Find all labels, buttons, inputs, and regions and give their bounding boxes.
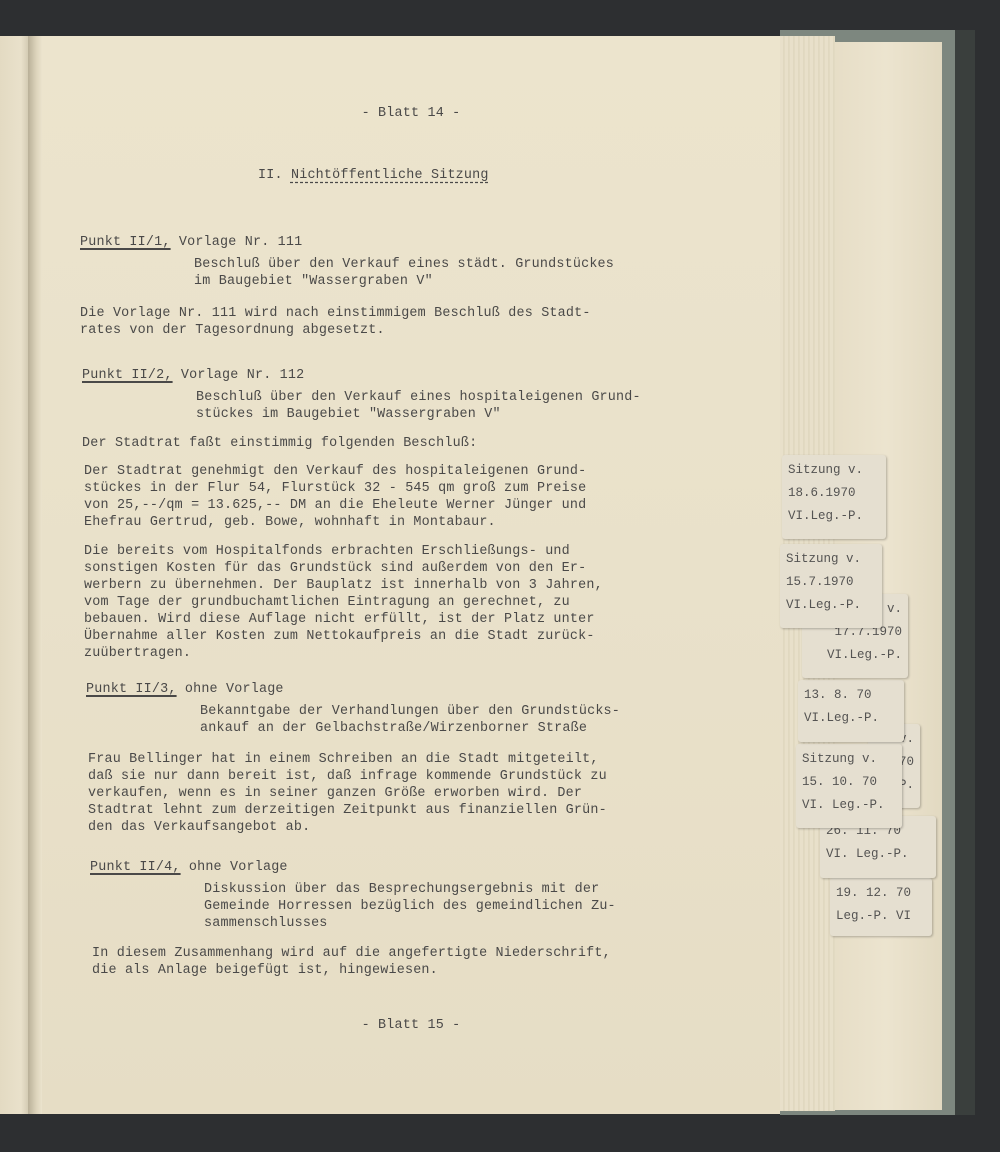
item-subject: Diskussion über das Besprechungsergebnis… — [204, 882, 599, 897]
paragraph-line: stückes in der Flur 54, Flurstück 32 - 5… — [84, 481, 586, 496]
tab-label: VI.Leg.-P. — [827, 648, 902, 662]
item-subject: im Baugebiet "Wassergraben V" — [194, 274, 433, 289]
item-subject: stückes im Baugebiet "Wassergraben V" — [196, 407, 501, 422]
tab-label: VI.Leg.-P. — [804, 711, 879, 725]
paragraph-line: Der Stadtrat faßt einstimmig folgenden B… — [82, 436, 477, 451]
paragraph-line: zuübertragen. — [84, 646, 191, 661]
section-title-text: Nichtöffentliche Sitzung — [291, 168, 489, 183]
left-page-edge — [0, 36, 30, 1114]
paragraph-line: die als Anlage beigefügt ist, hingewiese… — [92, 963, 438, 978]
item-subject: Beschluß über den Verkauf eines hospital… — [196, 390, 641, 405]
item-vorlage: Vorlage Nr. 112 — [181, 368, 305, 383]
page-header: - Blatt 14 - — [42, 106, 780, 121]
paragraph-line: In diesem Zusammenhang wird auf die ange… — [92, 946, 611, 961]
paragraph-line: Frau Bellinger hat in einem Schreiben an… — [88, 752, 599, 767]
item-heading: Punkt II/1, Vorlage Nr. 111 — [80, 235, 302, 250]
index-tab[interactable]: 19. 12. 70 Leg.-P. VI — [830, 878, 932, 936]
tab-label: VI.Leg.-P. — [788, 509, 863, 523]
tab-label: VI. Leg.-P. — [826, 847, 909, 861]
index-tab[interactable]: Sitzung v. 15.7.1970 VI.Leg.-P. — [780, 544, 882, 628]
paragraph-line: daß sie nur dann bereit ist, daß infrage… — [88, 769, 607, 784]
paragraph-line: werbern zu übernehmen. Der Bauplatz ist … — [84, 578, 603, 593]
tab-date: 15. 10. 70 — [802, 775, 877, 789]
item-label: Punkt II/4, — [90, 860, 181, 875]
book-cover-edge — [955, 30, 975, 1115]
tab-date: 13. 8. 70 — [804, 688, 872, 702]
item-subject: Bekanntgabe der Verhandlungen über den G… — [200, 704, 620, 719]
paragraph-line: Stadtrat lehnt zum derzeitigen Zeitpunkt… — [88, 803, 607, 818]
item-subject: Beschluß über den Verkauf eines städt. G… — [194, 257, 614, 272]
paragraph-line: sonstigen Kosten für das Grundstück sind… — [84, 561, 586, 576]
item-heading: Punkt II/2, Vorlage Nr. 112 — [82, 368, 304, 383]
paragraph-line: bebauen. Wird diese Auflage nicht erfüll… — [84, 612, 595, 627]
document-page: - Blatt 14 - II. Nichtöffentliche Sitzun… — [42, 36, 780, 1114]
item-subject: Gemeinde Horressen bezüglich des gemeind… — [204, 899, 616, 914]
paragraph-line: den das Verkaufsangebot ab. — [88, 820, 310, 835]
paragraph-line: von 25,--/qm = 13.625,-- DM an die Ehele… — [84, 498, 586, 513]
tab-title: Sitzung v. — [788, 463, 863, 477]
section-number: II. — [258, 168, 283, 183]
index-tab[interactable]: 13. 8. 70 VI.Leg.-P. — [798, 680, 904, 742]
item-heading: Punkt II/4, ohne Vorlage — [90, 860, 288, 875]
item-label: Punkt II/3, — [86, 682, 177, 697]
item-heading: Punkt II/3, ohne Vorlage — [86, 682, 284, 697]
index-tab[interactable]: Sitzung v. 18.6.1970 VI.Leg.-P. — [782, 455, 886, 539]
item-subject: ankauf an der Gelbachstraße/Wirzenborner… — [200, 721, 587, 736]
item-vorlage: Vorlage Nr. 111 — [179, 235, 303, 250]
index-tab[interactable]: Sitzung v. 15. 10. 70 VI. Leg.-P. — [796, 744, 902, 828]
tab-title: Sitzung v. — [802, 752, 877, 766]
tab-label: Leg.-P. VI — [836, 909, 911, 923]
paragraph-line: Der Stadtrat genehmigt den Verkauf des h… — [84, 464, 586, 479]
paragraph-line: Ehefrau Gertrud, geb. Bowe, wohnhaft in … — [84, 515, 496, 530]
section-title: II. Nichtöffentliche Sitzung — [258, 168, 489, 183]
tab-title: Sitzung v. — [786, 552, 861, 566]
paragraph-line: vom Tage der grundbuchamtlichen Eintragu… — [84, 595, 570, 610]
item-vorlage: ohne Vorlage — [185, 682, 284, 697]
item-label: Punkt II/1, — [80, 235, 171, 250]
tab-label: VI.Leg.-P. — [786, 598, 861, 612]
paragraph-line: Übernahme aller Kosten zum Nettokaufprei… — [84, 629, 595, 644]
tab-date: 18.6.1970 — [788, 486, 856, 500]
item-label: Punkt II/2, — [82, 368, 173, 383]
book-gutter — [28, 36, 42, 1114]
paragraph-line: Die bereits vom Hospitalfonds erbrachten… — [84, 544, 570, 559]
tab-date: 19. 12. 70 — [836, 886, 911, 900]
paragraph-line: Die Vorlage Nr. 111 wird nach einstimmig… — [80, 306, 591, 321]
paragraph-line: rates von der Tagesordnung abgesetzt. — [80, 323, 385, 338]
tab-title: v. — [887, 602, 902, 616]
paragraph-line: verkaufen, wenn es in seiner ganzen Größ… — [88, 786, 582, 801]
tab-date: 15.7.1970 — [786, 575, 854, 589]
item-vorlage: ohne Vorlage — [189, 860, 288, 875]
tab-label: VI. Leg.-P. — [802, 798, 885, 812]
item-subject: sammenschlusses — [204, 916, 328, 931]
page-footer: - Blatt 15 - — [42, 1018, 780, 1033]
